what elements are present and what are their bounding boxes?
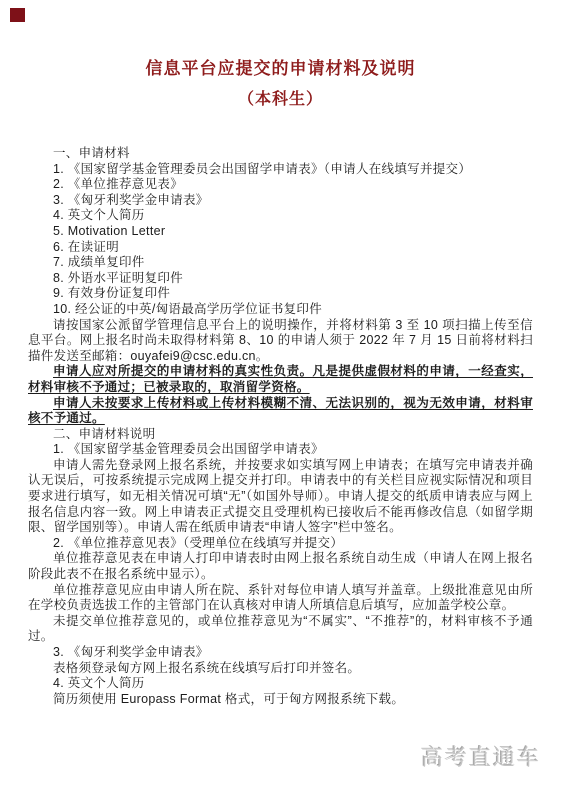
doc-paragraph: 申请人应对所提交的申请材料的真实性负责。凡是提供虚假材料的申请，一经查实，材料审… [28,364,533,395]
doc-paragraph: 2. 《单位推荐意见表》（受理单位在线填写并提交） [28,536,533,552]
doc-paragraph: 简历须使用 Europass Format 格式，可于匈方网报系统下载。 [28,692,533,708]
doc-paragraph: 未提交单位推荐意见的，或单位推荐意见为“不属实”、“不推荐”的，材料审核不予通过… [28,614,533,645]
doc-paragraph: 请按国家公派留学管理信息平台上的说明操作，并将材料第 3 至 10 项扫描上传至… [28,318,533,365]
doc-title: 信息平台应提交的申请材料及说明 [30,58,531,80]
doc-body: 一、申请材料1. 《国家留学基金管理委员会出国留学申请表》（申请人在线填写并提交… [28,146,533,707]
doc-paragraph: 9. 有效身份证复印件 [28,286,533,302]
doc-paragraph: 单位推荐意见应由申请人所在院、系针对每位申请人填写并盖章。上级批准意见由所在学校… [28,583,533,614]
doc-paragraph: 单位推荐意见表在申请人打印申请表时由网上报名系统自动生成（申请人在网上报名阶段此… [28,551,533,582]
document-page: 信息平台应提交的申请材料及说明 （本科生） 一、申请材料1. 《国家留学基金管理… [0,0,561,802]
doc-paragraph: 1. 《国家留学基金管理委员会出国留学申请表》（申请人在线填写并提交） [28,162,533,178]
doc-paragraph: 10. 经公证的中英/匈语最高学历学位证书复印件 [28,302,533,318]
doc-paragraph: 6. 在读证明 [28,240,533,256]
doc-paragraph: 7. 成绩单复印件 [28,255,533,271]
doc-paragraph: 3. 《匈牙利奖学金申请表》 [28,645,533,661]
doc-paragraph: 2. 《单位推荐意见表》 [28,177,533,193]
doc-paragraph: 4. 英文个人简历 [28,208,533,224]
doc-paragraph: 3. 《匈牙利奖学金申请表》 [28,193,533,209]
doc-paragraph: 表格须登录匈方网上报名系统在线填写后打印并签名。 [28,661,533,677]
doc-paragraph: 5. Motivation Letter [28,224,533,240]
doc-paragraph: 申请人需先登录网上报名系统，并按要求如实填写网上申请表；在填写完申请表并确认无误… [28,458,533,536]
doc-paragraph: 一、申请材料 [28,146,533,162]
doc-paragraph: 1. 《国家留学基金管理委员会出国留学申请表》 [28,442,533,458]
watermark-gaokao-zhitongche: 高考直通车 [421,745,541,771]
doc-paragraph: 8. 外语水平证明复印件 [28,271,533,287]
doc-paragraph: 二、申请材料说明 [28,427,533,443]
doc-paragraph: 4. 英文个人简历 [28,676,533,692]
corner-red-square [10,8,25,22]
doc-subtitle: （本科生） [30,90,531,110]
doc-paragraph: 申请人未按要求上传材料或上传材料模糊不清、无法识别的，视为无效申请，材料审核不予… [28,396,533,427]
